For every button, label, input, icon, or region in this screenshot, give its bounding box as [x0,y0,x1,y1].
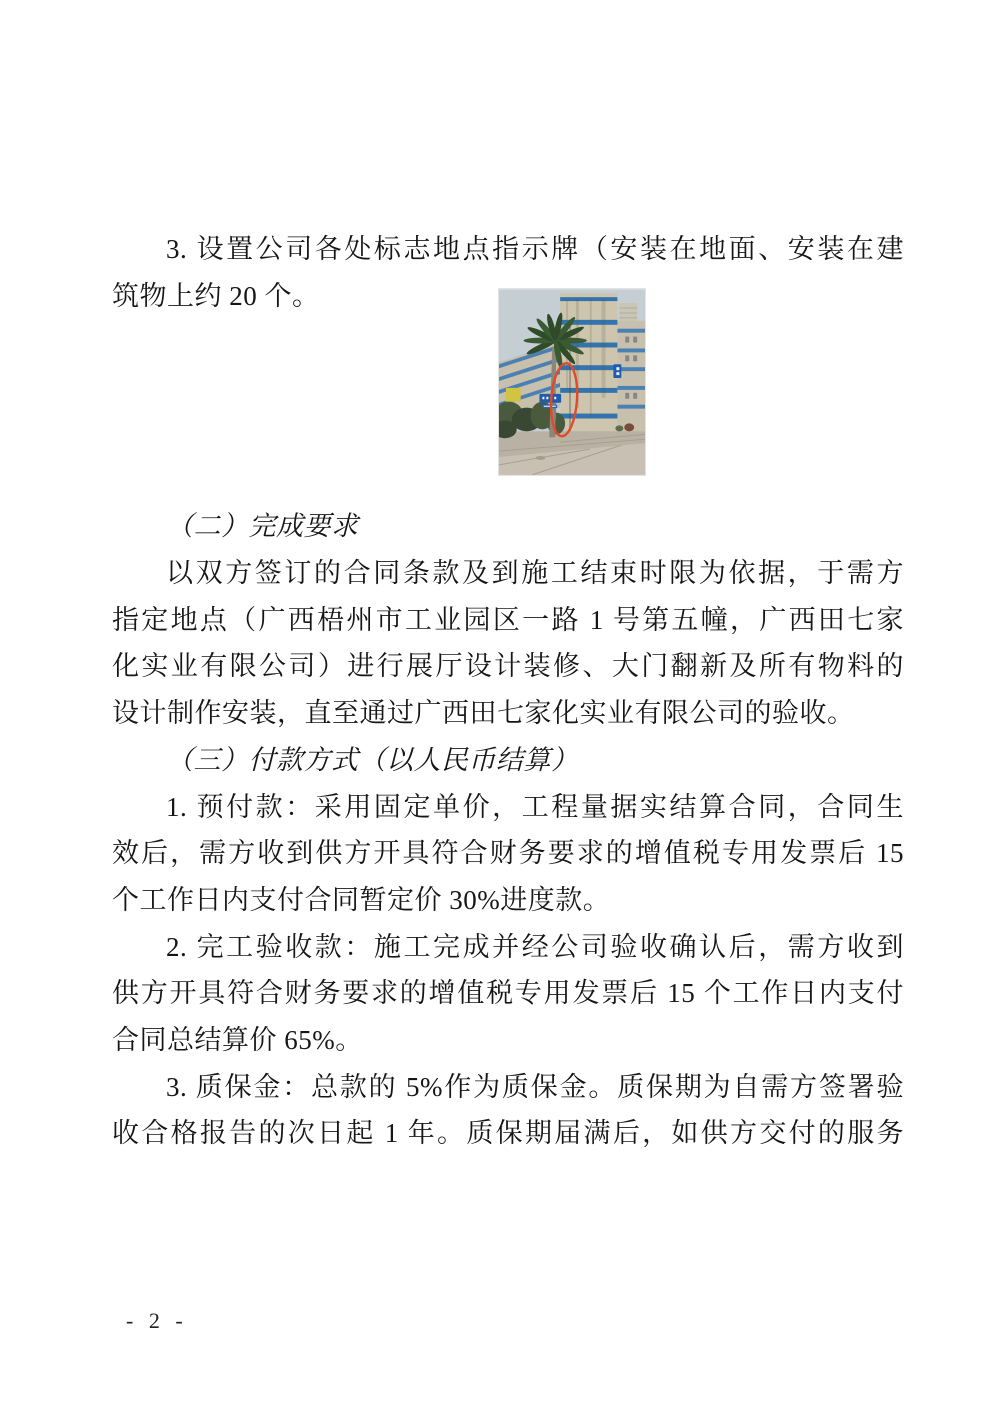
text-line: 效后，需方收到供方开具符合财务要求的增值税专用发票后 15 [112,830,904,877]
site-photo [498,288,646,476]
heading-text: （三）付款方式（以人民币结算） [112,737,904,784]
text-line: 指定地点（广西梧州市工业园区一路 1 号第五幢，广西田七家 [112,597,904,644]
main-tower [560,293,617,442]
text-line: 收合格报告的次日起 1 年。质保期届满后，如供方交付的服务 [112,1110,904,1157]
road-ground [499,431,645,474]
text-line: 3. 质保金：总款的 5%作为质保金。质保期为自需方签署验 [112,1064,904,1111]
text-line: 设计制作安装，直至通过广西田七家化实业有限公司的验收。 [112,690,904,737]
text-line: 个工作日内支付合同暂定价 30%进度款。 [112,877,904,924]
right-building-wing [617,303,645,435]
heading-text: （二）完成要求 [112,503,904,550]
building-block-sign [613,364,621,378]
section-heading-completion: （二）完成要求 [112,503,904,550]
building-illustration [499,289,645,475]
paragraph-payment-acceptance: 2. 完工验收款：施工完成并经公司验收确认后，需方收到 供方开具符合财务要求的增… [112,924,904,1064]
page-number: - 2 - [126,1308,185,1334]
text-line: 供方开具符合财务要求的增值税专用发票后 15 个工作日内支付 [112,970,904,1017]
text-line: 3. 设置公司各处标志地点指示牌（安装在地面、安装在建 [112,226,904,273]
paragraph-payment-advance: 1. 预付款：采用固定单价，工程量据实结算合同，合同生 效后，需方收到供方开具符… [112,784,904,924]
text-line: 合同总结算价 65%。 [112,1017,904,1064]
section-heading-payment: （三）付款方式（以人民币结算） [112,737,904,784]
text-line: 化实业有限公司）进行展厅设计装修、大门翻新及所有物料的 [112,643,904,690]
text-line: 1. 预付款：采用固定单价，工程量据实结算合同，合同生 [112,784,904,831]
paragraph-completion-requirements: 以双方签订的合同条款及到施工结束时限为依据，于需方 指定地点（广西梧州市工业园区… [112,550,904,737]
text-line: 以双方签订的合同条款及到施工结束时限为依据，于需方 [112,550,904,597]
text-line: 2. 完工验收款：施工完成并经公司验收确认后，需方收到 [112,924,904,971]
paragraph-payment-warranty: 3. 质保金：总款的 5%作为质保金。质保期为自需方签署验 收合格报告的次日起 … [112,1064,904,1157]
